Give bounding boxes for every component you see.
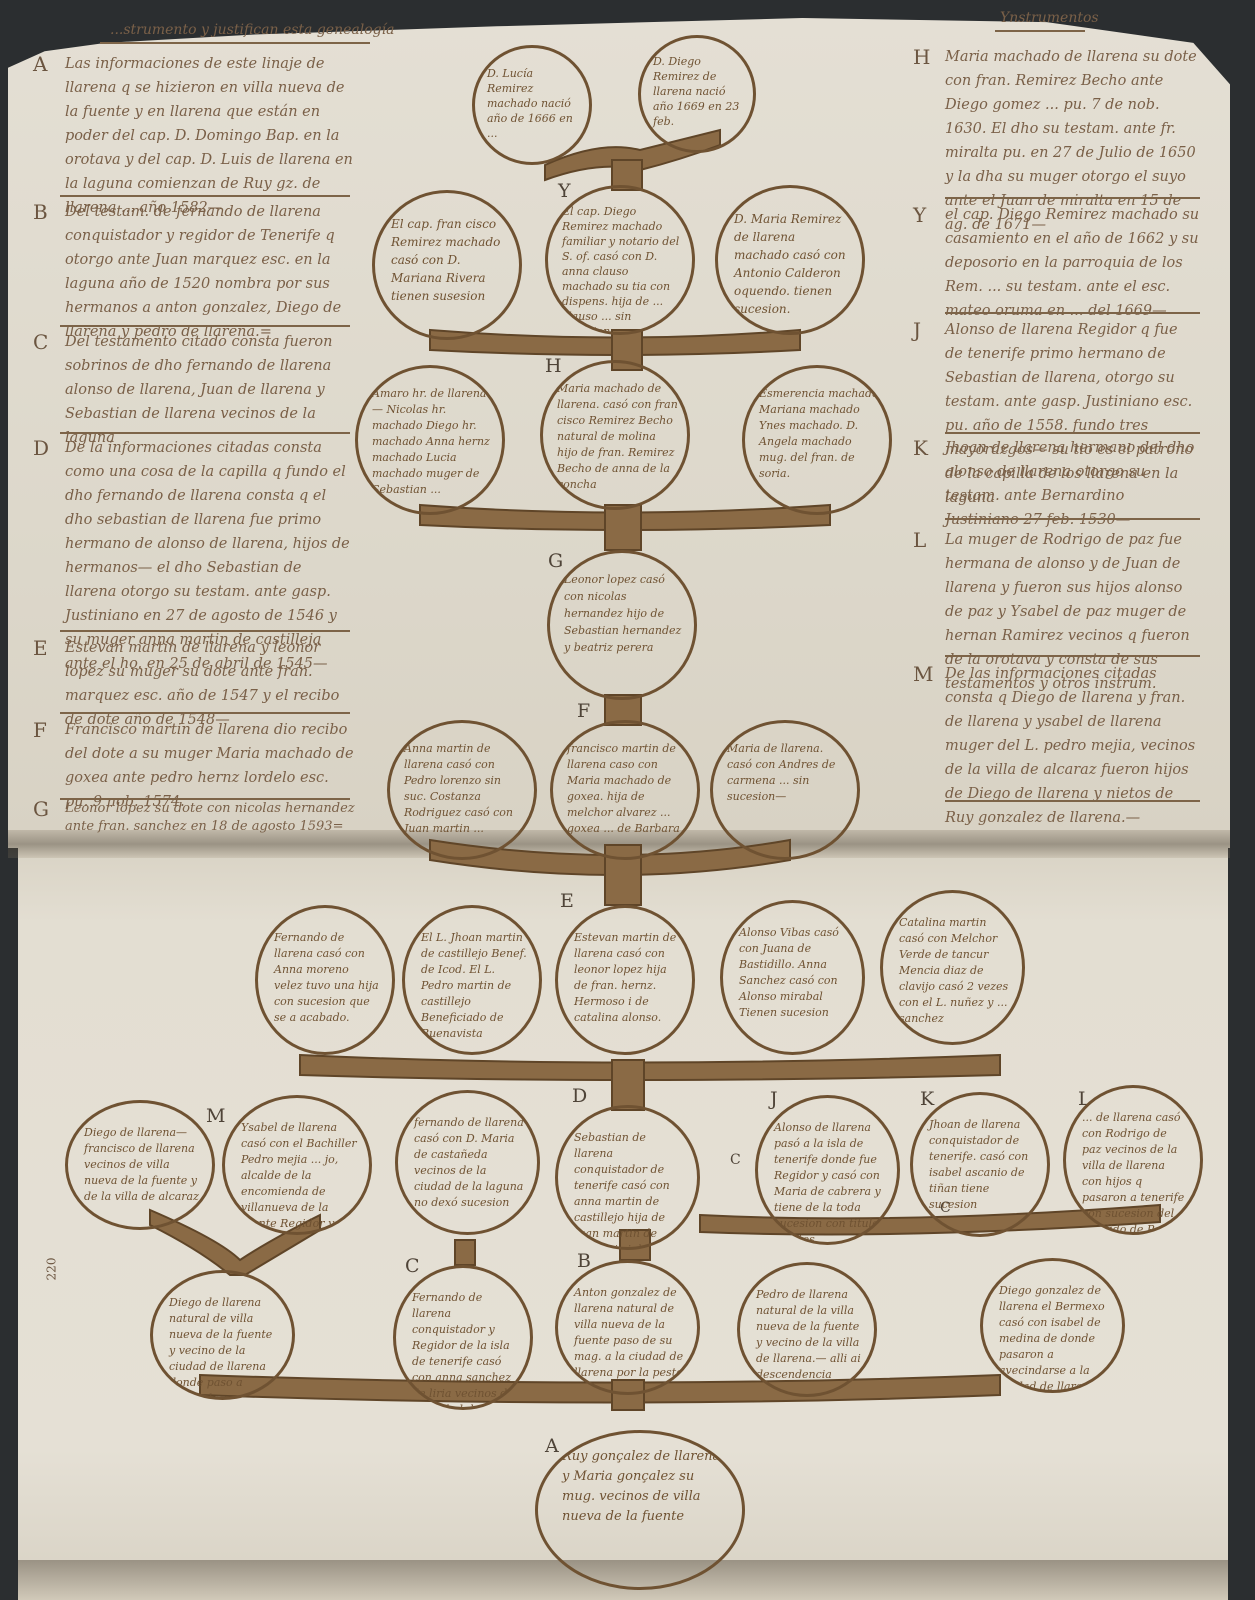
person-circle: fernando de llarena casó con D. Maria de…: [395, 1090, 540, 1235]
note-divider: [60, 630, 350, 632]
note-text: Estevan martin de llarena y leonor lopez…: [65, 640, 339, 728]
tree-label: Y: [558, 180, 571, 202]
note-letter: E: [33, 636, 48, 660]
note-divider: [60, 432, 350, 434]
note-b: B Del testam. de fernando de llarena con…: [65, 200, 355, 344]
note-letter: J: [913, 318, 921, 342]
note-y: Y el cap. Diego Remirez machado su casam…: [945, 203, 1200, 323]
person-circle: Jhoan de llarena conquistador de tenerif…: [910, 1092, 1050, 1237]
tree-label: K: [920, 1088, 934, 1110]
person-circle: francisco martin de llarena caso con Mar…: [550, 720, 700, 860]
note-divider: [945, 518, 1200, 520]
person-circle: Diego de llarena natural de villa nueva …: [150, 1270, 295, 1400]
note-divider: [945, 800, 1200, 802]
tree-label: E: [560, 890, 574, 912]
note-text: Jhoan de llarena hermano del dho alonso …: [945, 440, 1194, 528]
person-circle: Esmerencia machado Mariana machado Ynes …: [742, 365, 892, 515]
note-letter: K: [913, 436, 928, 460]
note-text: Del testamento citado consta fueron sobr…: [65, 334, 332, 446]
tree-label: H: [545, 355, 562, 377]
tree-label: F: [577, 700, 590, 722]
note-g: G Leonor lopez su dote con nicolas herna…: [65, 800, 355, 836]
note-divider: [60, 712, 350, 714]
note-letter: L: [913, 528, 926, 552]
person-circle: Diego gonzalez de llarena el Bermexo cas…: [980, 1258, 1125, 1393]
person-circle: El cap. Diego Remirez machado familiar y…: [545, 185, 695, 335]
person-circle: ... de llarena casó con Rodrigo de paz v…: [1063, 1085, 1203, 1235]
note-divider: [945, 197, 1200, 199]
note-letter: Y: [913, 203, 926, 227]
person-circle: Ysabel de llarena casó con el Bachiller …: [222, 1095, 372, 1235]
root-ancestor-circle: Ruy gonçalez de llarena y Maria gonçalez…: [535, 1430, 745, 1590]
note-m: M De las informaciones citadas consta q …: [945, 662, 1200, 830]
note-letter: C: [33, 330, 48, 354]
person-circle: Anton gonzalez de llarena natural de vil…: [555, 1260, 700, 1395]
person-circle: Estevan martin de llarena casó con leono…: [555, 905, 695, 1055]
note-divider: [945, 432, 1200, 434]
person-circle: D. Maria Remirez de llarena machado casó…: [715, 185, 865, 335]
tree-label: C: [405, 1255, 420, 1277]
right-header-rule: [995, 30, 1085, 32]
left-header: ...strumento y justifican esta genealogí…: [110, 22, 394, 38]
person-circle: Maria de llarena. casó con Andres de car…: [710, 720, 860, 860]
page-number: 220: [44, 1258, 58, 1281]
note-divider: [60, 325, 350, 327]
note-divider: [60, 195, 350, 197]
tree-label: J: [770, 1088, 778, 1110]
person-circle: El L. Jhoan martin de castillejo Benef. …: [402, 905, 542, 1055]
person-circle: Diego de llarena— francisco de llarena v…: [65, 1100, 215, 1230]
person-circle: D. Lucía Remirez machado nació año de 16…: [472, 45, 592, 165]
note-text: Francisco martin de llarena dio recibo d…: [65, 722, 354, 810]
person-circle: Alonso Vibas casó con Juana de Bastidill…: [720, 900, 865, 1055]
note-letter: A: [33, 52, 47, 76]
margin-mark: C: [730, 1152, 741, 1168]
person-circle: El cap. fran cisco Remirez machado casó …: [372, 190, 522, 340]
person-circle: Amaro hr. de llarena— Nicolas hr. machad…: [355, 365, 505, 515]
note-letter: G: [33, 800, 49, 818]
tree-label: M: [206, 1105, 225, 1127]
tree-label: G: [548, 550, 563, 572]
note-text: Del testam. de fernando de llarena conqu…: [65, 204, 341, 340]
note-letter: B: [33, 200, 48, 224]
tree-label: D: [572, 1085, 587, 1107]
person-circle: Alonso de llarena pasó a la isla de tene…: [755, 1095, 900, 1245]
note-text: Las informaciones de este linaje de llar…: [65, 56, 353, 216]
note-text: Leonor lopez su dote con nicolas hernand…: [65, 801, 355, 834]
left-header-rule: [100, 42, 370, 44]
note-letter: H: [913, 45, 930, 69]
person-circle: Maria machado de llarena. casó con fran …: [540, 360, 690, 510]
person-circle: Pedro de llarena natural de la villa nue…: [737, 1262, 877, 1397]
note-letter: D: [33, 436, 49, 460]
tree-label: A: [545, 1435, 559, 1457]
note-divider: [945, 312, 1200, 314]
note-divider: [945, 655, 1200, 657]
note-letter: M: [913, 662, 933, 686]
person-circle: D. Diego Remirez de llarena nació año 16…: [638, 35, 756, 153]
person-circle: Sebastian de llarena conquistador de ten…: [555, 1105, 700, 1250]
note-text: el cap. Diego Remirez machado su casamie…: [945, 207, 1199, 319]
person-circle: Fernando de llarena casó con Anna moreno…: [255, 905, 395, 1055]
note-text: De las informaciones citadas consta q Di…: [945, 666, 1195, 826]
person-circle: Leonor lopez casó con nicolas hernandez …: [547, 550, 697, 700]
tree-label: B: [577, 1250, 591, 1272]
right-header: Ynstrumentos: [1000, 10, 1099, 26]
person-circle: Catalina martin casó con Melchor Verde d…: [880, 890, 1025, 1045]
person-circle: Fernando de llarena conquistador y Regid…: [393, 1265, 533, 1410]
person-circle: Anna martin de llarena casó con Pedro lo…: [387, 720, 537, 860]
note-letter: F: [33, 718, 47, 742]
